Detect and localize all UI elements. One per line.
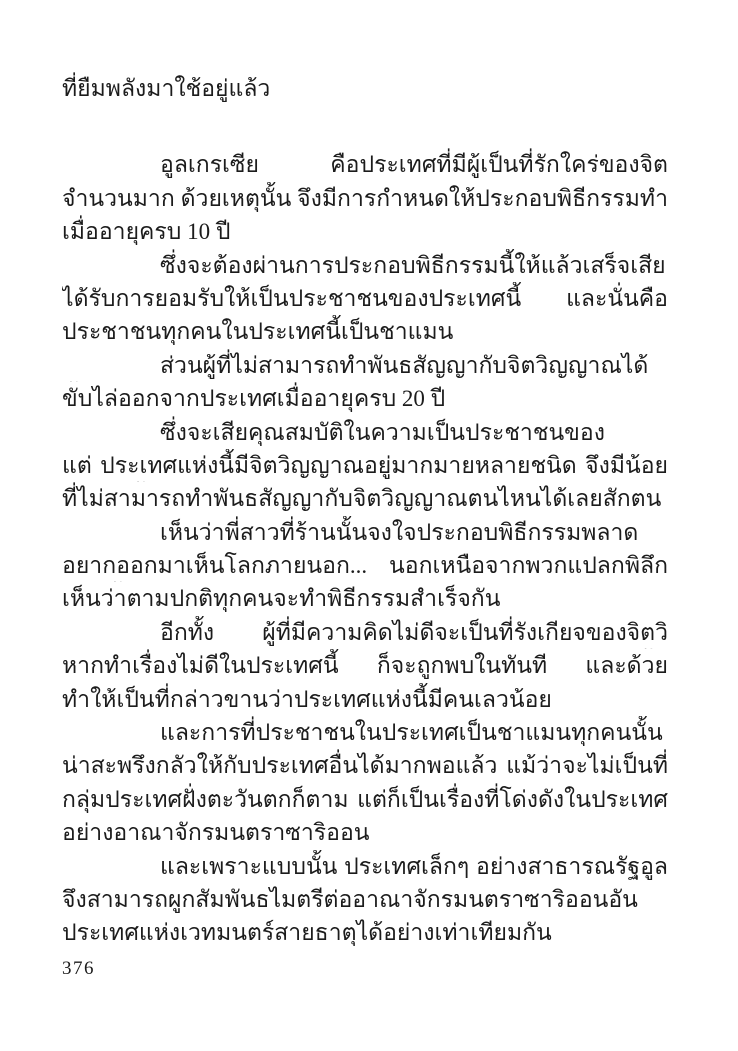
text-line: ประเทศแห่งเวทมนตร์สายธาตุได้อย่างเท่าเที… — [62, 916, 668, 949]
text-line: จึงสามารถผูกสัมพันธไมตรีต่ออาณาจักรมนตรา… — [62, 883, 668, 916]
text-line: ประชาชนทุกคนในประเทศนี้เป็นชาแมน — [62, 315, 668, 348]
text-block: ที่ยืมพลังมาใช้อยู่แล้ว อูลเกรเซีย คือปร… — [62, 72, 668, 950]
text-line: อย่างอาณาจักรมนตราซาริออน — [62, 816, 668, 849]
text-line: จำนวนมาก ด้วยเหตุนั้น จึงมีการกำหนดให้ปร… — [62, 182, 668, 215]
text-line: ที่ไม่สามารถทำพันธสัญญากับจิตวิญญาณตนไหน… — [62, 482, 668, 515]
continuation-text-line: ที่ยืมพลังมาใช้อยู่แล้ว — [62, 72, 668, 105]
text-line: ส่วนผู้ที่ไม่สามารถทำพันธสัญญากับจิตวิญญ… — [62, 349, 668, 382]
body-text: อูลเกรเซีย คือประเทศที่มีผู้เป็นที่รักใค… — [62, 148, 668, 949]
text-line: อูลเกรเซีย คือประเทศที่มีผู้เป็นที่รักใค… — [62, 148, 668, 181]
text-line: หากทำเรื่องไม่ดีในประเทศนี้ ก็จะถูกพบในท… — [62, 649, 668, 682]
text-line: เห็นว่าพี่สาวที่ร้านนั้นจงใจประกอบพิธีกร… — [62, 516, 668, 549]
text-line: อยากออกมาเห็นโลกภายนอก... นอกเหนือจากพวก… — [62, 549, 668, 582]
text-line: อีกทั้ง ผู้ที่มีความคิดไม่ดีจะเป็นที่รัง… — [62, 616, 668, 649]
text-line: ซึ่งจะเสียคุณสมบัติในความเป็นประชาชนของป… — [62, 416, 668, 449]
text-line: กลุ่มประเทศฝั่งตะวันตกก็ตาม แต่ก็เป็นเรื… — [62, 783, 668, 816]
page-number: 376 — [62, 958, 95, 980]
text-line: น่าสะพรึงกลัวให้กับประเทศอื่นได้มากพอแล้… — [62, 749, 668, 782]
text-line: เห็นว่าตามปกติทุกคนจะทำพิธีกรรมสำเร็จกัน — [62, 582, 668, 615]
text-line: และการที่ประชาชนในประเทศเป็นชาแมนทุกคนนั… — [62, 716, 668, 749]
text-line: ทำให้เป็นที่กล่าวขานว่าประเทศแห่งนี้มีคน… — [62, 683, 668, 716]
text-line: และเพราะแบบนั้น ประเทศเล็กๆ อย่างสาธารณร… — [62, 850, 668, 883]
text-line: เมื่ออายุครบ 10 ปี — [62, 215, 668, 248]
book-page: ที่ยืมพลังมาใช้อยู่แล้ว อูลเกรเซีย คือปร… — [0, 0, 738, 1051]
text-line: ขับไล่ออกจากประเทศเมื่ออายุครบ 20 ปี — [62, 382, 668, 415]
text-line: ซึ่งจะต้องผ่านการประกอบพิธีกรรมนี้ให้แล้… — [62, 249, 668, 282]
text-line: แต่ ประเทศแห่งนี้มีจิตวิญญาณอยู่มากมายหล… — [62, 449, 668, 482]
text-line: ได้รับการยอมรับให้เป็นประชาชนของประเทศนี… — [62, 282, 668, 315]
